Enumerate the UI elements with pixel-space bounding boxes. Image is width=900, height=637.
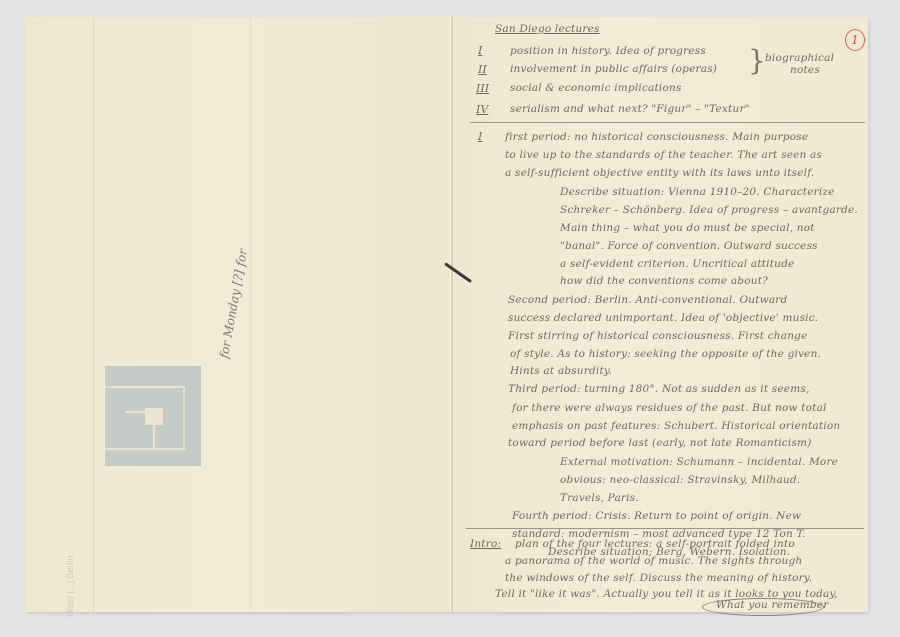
- note-line: Hints at absurdity.: [510, 365, 612, 377]
- note-line: a self-sufficient objective entity with …: [505, 167, 814, 179]
- page-number-circled: 1: [845, 29, 865, 51]
- note-line: first period: no historical consciousnes…: [505, 131, 808, 143]
- note-line: External motivation: Schumann – incident…: [560, 456, 838, 468]
- note-line: Second period: Berlin. Anti-conventional…: [508, 294, 787, 306]
- bracket-note: biographical: [765, 52, 834, 64]
- outline-numeral: IV: [476, 103, 488, 116]
- outline-item: social & economic implications: [510, 82, 682, 94]
- note-line: success declared unimportant. Idea of 'o…: [508, 312, 818, 324]
- note-line: Third period: turning 180°. Not as sudde…: [508, 383, 810, 395]
- note-line: First stirring of historical consciousne…: [508, 330, 808, 342]
- note-line: how did the conventions come about?: [560, 275, 768, 287]
- crease-line: [93, 17, 94, 612]
- bracket-note: notes: [790, 64, 820, 76]
- intro-label: Intro:: [470, 538, 501, 550]
- outline-item: position in history. Idea of progress: [510, 45, 706, 57]
- center-fold: [450, 17, 453, 612]
- section-numeral: I: [478, 130, 482, 143]
- divider-line: [470, 122, 865, 123]
- letterhead-logo: [105, 366, 201, 466]
- outline-numeral: II: [478, 63, 487, 76]
- note-line: a self-evident criterion. Uncritical att…: [560, 258, 794, 270]
- note-line: Main thing – what you do must be special…: [560, 222, 815, 234]
- note-line: Describe situation: Vienna 1910–20. Char…: [560, 186, 835, 198]
- outline-numeral: III: [476, 82, 489, 95]
- intro-line: plan of the four lectures: a self-portra…: [515, 538, 795, 550]
- letterhead-faint-text: Hotel [...] Berlin: [65, 555, 75, 617]
- note-line: "banal". Force of convention. Outward su…: [560, 240, 818, 252]
- note-line: for there were always residues of the pa…: [512, 402, 827, 414]
- note-line: to live up to the standards of the teach…: [505, 149, 822, 161]
- intro-line: the windows of the self. Discuss the mea…: [505, 572, 812, 584]
- outline-item: serialism and what next? "Figur" – "Text…: [510, 103, 750, 115]
- notes-title: San Diego lectures: [495, 23, 600, 35]
- note-line: Travels, Paris.: [560, 492, 639, 504]
- crease-line: [250, 17, 251, 612]
- outline-numeral: I: [478, 44, 482, 57]
- note-line: of style. As to history: seeking the opp…: [510, 348, 821, 360]
- circled-note: What you remember: [716, 599, 828, 611]
- outline-item: involvement in public affairs (operas): [510, 63, 717, 75]
- divider-line: [466, 528, 864, 529]
- intro-line: a panorama of the world of music. The si…: [505, 555, 802, 567]
- brace: }: [748, 44, 766, 77]
- note-line: toward period before last (early, not la…: [508, 437, 812, 449]
- note-line: obvious: neo-classical: Stravinsky, Milh…: [560, 474, 800, 486]
- note-line: Schreker – Schönberg. Idea of progress –…: [560, 204, 858, 216]
- note-line: Fourth period: Crisis. Return to point o…: [512, 510, 801, 522]
- note-line: emphasis on past features: Schubert. His…: [512, 420, 840, 432]
